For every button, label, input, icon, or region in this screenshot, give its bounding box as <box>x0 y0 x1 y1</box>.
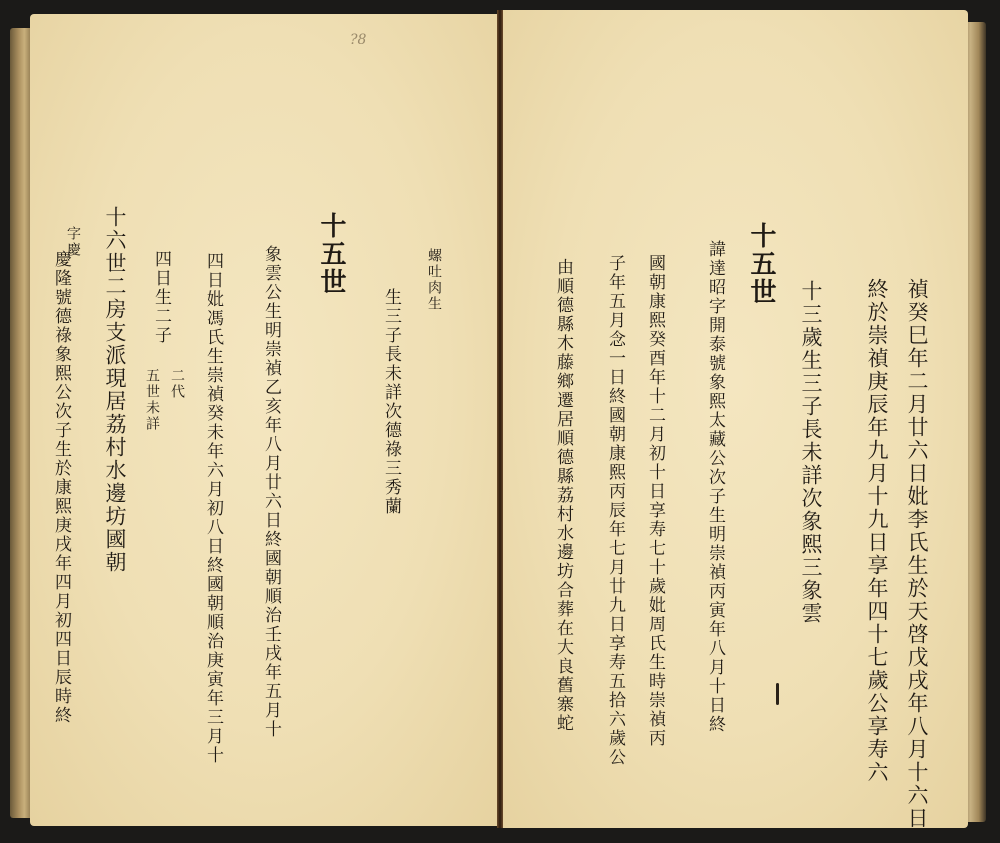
text-column: 十三歲生三子長未詳次象熙三象雲 <box>800 280 821 625</box>
text-column: 二代 <box>170 368 184 400</box>
text-column: 五世未詳 <box>145 368 159 432</box>
text-column: 終於崇禎庚辰年九月十九日享年四十七歲公享寿六 <box>866 278 887 784</box>
text-column: 禎癸巳年二月廿六日妣李氏生於天啓戊戌年八月十六日 <box>906 278 927 830</box>
text-column: 四日妣馮氏生崇禎癸未年六月初八日終國朝順治庚寅年三月十 <box>204 252 221 765</box>
text-column: 象雲公生明崇禎乙亥年八月廿六日終國朝順治壬戌年五月十 <box>262 245 279 739</box>
text-column: 由順德縣木藤鄉遷居順德縣荔村水邊坊合葬在大良舊寨蛇 <box>554 258 571 733</box>
pencil-mark: ?8 <box>350 32 366 48</box>
text-column: 生三子長未詳次德祿三秀蘭 <box>382 288 399 516</box>
text-column: 十六世二房支派現居荔村水邊坊國朝 <box>104 206 125 574</box>
open-book: ?8 禎癸巳年二月廿六日妣李氏生於天啓戊戌年八月十六日 終於崇禎庚辰年九月十九日… <box>0 0 1000 843</box>
ink-mark <box>776 683 779 705</box>
text-column: 國朝康熙癸酉年十二月初十日享寿七十歲妣周氏生時崇禎丙 <box>646 254 663 748</box>
text-column: 四日生二子 <box>152 250 169 345</box>
text-column: 諱達昭字開泰號象熙太藏公次子生明崇禎丙寅年八月十日終 <box>706 240 723 734</box>
text-column: 子年五月念一日終國朝康熙丙辰年七月廿九日享寿五拾六歲公 <box>606 254 623 767</box>
text-column: 慶隆號德祿象熙公次子生於康熙庚戌年四月初四日辰時終 <box>52 250 69 725</box>
generation-heading: 十五世 <box>318 212 344 296</box>
generation-heading: 十五世 <box>748 222 774 306</box>
text-column: 螺吐肉生 <box>427 248 441 312</box>
book-spine <box>497 10 503 828</box>
